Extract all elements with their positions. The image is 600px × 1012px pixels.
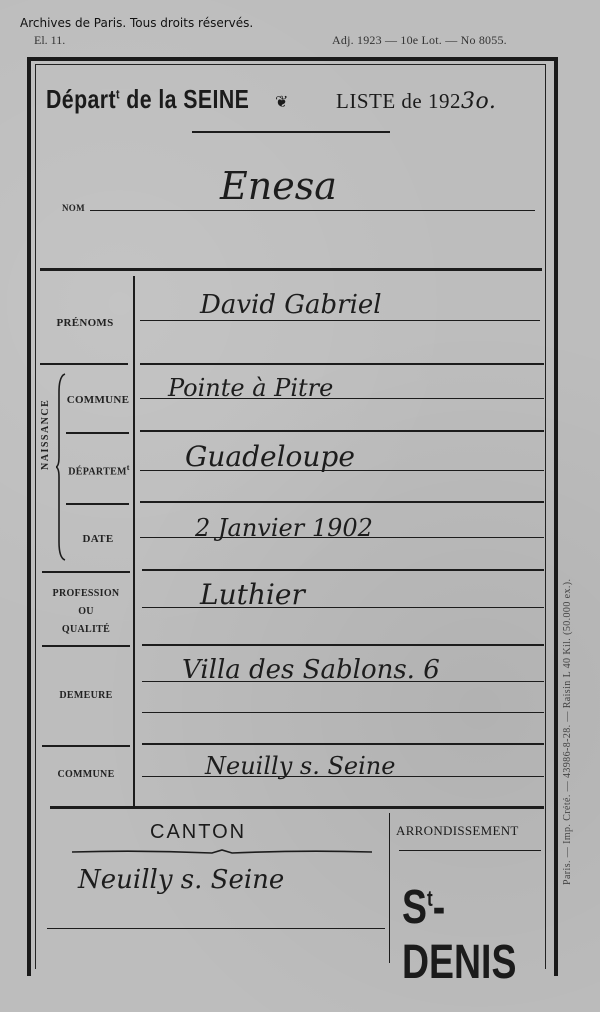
canton-bottom-line: [47, 928, 385, 929]
liste-title: LISTE de 1923o.: [336, 89, 496, 114]
prenoms-label: PRÉNOMS: [40, 317, 130, 329]
label-column-divider: [133, 276, 135, 806]
residence-commune-label: COMMUNE: [42, 769, 130, 780]
profession-line: [142, 607, 544, 608]
prenoms-value: David Gabriel: [200, 290, 382, 320]
departement-label-sup: t: [127, 463, 130, 472]
profession-separator-right: [142, 644, 544, 646]
naissance-departement-line: [140, 470, 544, 471]
demeure-line-2: [142, 712, 544, 713]
naissance-commune-separator-left: [66, 432, 129, 434]
naissance-date-line: [140, 537, 544, 538]
canton-ornament-line-icon: [72, 848, 372, 856]
nom-value: Enesa: [220, 164, 337, 208]
naissance-departement-separator-left: [66, 503, 129, 505]
nom-label: NOM: [62, 203, 85, 213]
archive-watermark: Archives de Paris. Tous droits réservés.: [20, 16, 253, 30]
profession-label-line2: OU: [42, 603, 130, 621]
liste-prefix: LISTE de 192: [336, 89, 461, 113]
naissance-date-separator-right: [142, 569, 544, 571]
fleuron-icon: ❦: [275, 92, 288, 112]
prenoms-separator-left: [40, 363, 128, 365]
departement-label-text: DÉPARTEM: [68, 466, 127, 477]
arrondissement-underline: [399, 850, 541, 851]
printer-mark: Paris. — Imp. Crété. — 43986-8-28. — Rai…: [562, 579, 573, 885]
profession-label-line1: PROFESSION: [42, 585, 130, 603]
prenoms-separator-right: [140, 363, 544, 365]
canton-value: Neuilly s. Seine: [78, 865, 284, 895]
el-reference: El. 11.: [34, 33, 65, 48]
demeure-separator-right: [142, 743, 544, 745]
department-rest: de la SEINE: [120, 84, 249, 114]
profession-label: PROFESSION OU QUALITÉ: [42, 585, 130, 639]
prenoms-line: [140, 320, 540, 321]
nom-line: [90, 210, 535, 211]
naissance-commune-separator-right: [140, 430, 544, 432]
naissance-departement-separator-right: [140, 501, 544, 503]
demeure-separator-left: [42, 745, 130, 747]
department-title: Départt de la SEINE: [46, 84, 249, 115]
residence-commune-line: [142, 776, 544, 777]
demeure-label: DEMEURE: [42, 690, 130, 701]
arrondissement-value: St-DENIS: [402, 880, 556, 990]
naissance-date-label: DATE: [64, 533, 132, 545]
canton-top-separator: [50, 806, 544, 809]
arrondissement-label: ARRONDISSEMENT: [396, 823, 519, 839]
nom-separator: [40, 268, 542, 271]
canton-arrondissement-divider: [389, 813, 390, 963]
naissance-group-label: NAISSANCE: [40, 399, 51, 470]
department-prefix: Départ: [46, 84, 116, 114]
naissance-date-separator-left: [42, 571, 130, 573]
naissance-departement-value: Guadeloupe: [185, 440, 355, 473]
title-underline: [192, 131, 390, 133]
profession-separator-left: [42, 645, 130, 647]
demeure-line-1: [142, 681, 544, 682]
liste-year-handwritten: 3o.: [461, 89, 496, 114]
arrondissement-value-prefix: S: [402, 881, 427, 934]
adjudication-reference: Adj. 1923 — 10e Lot. — No 8055.: [332, 33, 507, 48]
profession-label-line3: QUALITÉ: [42, 621, 130, 639]
naissance-departement-label: DÉPARTEMt: [64, 463, 134, 477]
naissance-commune-line: [140, 398, 544, 399]
naissance-commune-label: COMMUNE: [64, 394, 132, 406]
canton-label: CANTON: [150, 821, 246, 844]
